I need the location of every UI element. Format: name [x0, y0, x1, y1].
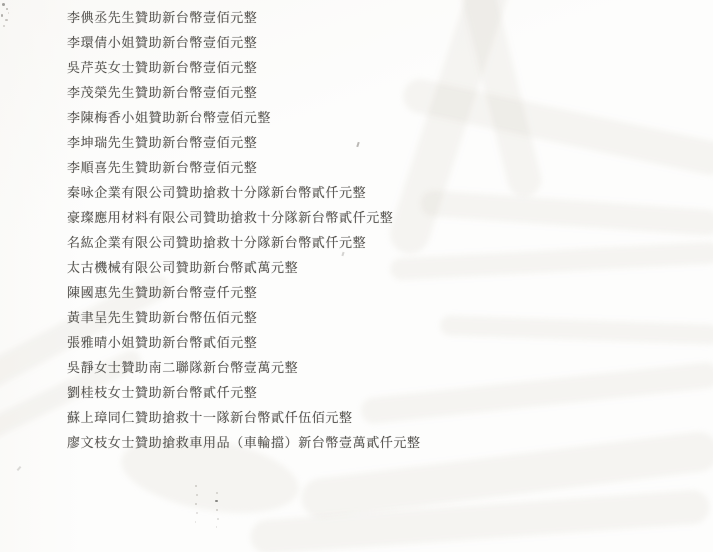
donation-line: 豪璨應用材料有限公司贊助搶救十分隊新台幣貳仟元整	[67, 206, 421, 231]
scan-noise-dot	[217, 518, 219, 520]
donation-line: 李茂榮先生贊助新台幣壹佰元整	[67, 81, 421, 106]
scan-noise-speckle	[8, 12, 9, 14]
donation-line: 李倎丞先生贊助新台幣壹佰元整	[67, 6, 421, 31]
donation-line: 陳國惠先生贊助新台幣壹仟元整	[67, 281, 421, 306]
scan-noise-speckle	[2, 3, 5, 6]
scanned-document-page: { "document": { "type": "donation-acknow…	[0, 0, 713, 552]
donation-line: 劉桂枝女士贊助新台幣貳仟元整	[67, 381, 421, 406]
scan-noise-dot	[195, 485, 197, 487]
scan-noise-dot	[216, 492, 218, 494]
donation-line: 秦咏企業有限公司贊助搶救十分隊新台幣貳仟元整	[67, 181, 421, 206]
donation-line: 李坤瑞先生贊助新台幣壹佰元整	[67, 131, 421, 156]
donation-line: 吳芹英女士贊助新台幣壹佰元整	[67, 56, 421, 81]
donation-line: 太古機械有限公司贊助新台幣貳萬元整	[67, 256, 421, 281]
donation-line: 李陳梅香小姐贊助新台幣壹佰元整	[67, 106, 421, 131]
scan-noise-dot	[195, 521, 196, 523]
donation-line: 蘇上璋同仁贊助搶救十一隊新台幣貳仟伍佰元整	[67, 406, 421, 431]
donation-line: 吳靜女士贊助南二聯隊新台幣壹萬元整	[67, 356, 421, 381]
scan-noise-dot	[216, 509, 218, 511]
scan-noise-speckle	[6, 8, 8, 10]
donation-list: 李倎丞先生贊助新台幣壹佰元整李環倩小姐贊助新台幣壹佰元整吳芹英女士贊助新台幣壹佰…	[67, 6, 421, 456]
donation-line: 廖文枝女士贊助搶救車用品（車輪擋）新台幣壹萬貳仟元整	[67, 431, 421, 456]
donation-line: 黃聿呈先生贊助新台幣伍佰元整	[67, 306, 421, 331]
donation-line: 名紘企業有限公司贊助搶救十分隊新台幣貳仟元整	[67, 231, 421, 256]
scan-noise-dot	[215, 500, 218, 502]
scan-noise-dot	[216, 526, 217, 528]
donation-line: 李環倩小姐贊助新台幣壹佰元整	[67, 31, 421, 56]
scan-noise-speckle	[1, 14, 3, 17]
donation-line: 張雅晴小姐贊助新台幣貳佰元整	[67, 331, 421, 356]
donation-line: 李順喜先生贊助新台幣壹佰元整	[67, 156, 421, 181]
scan-noise-dot	[196, 512, 198, 514]
scan-noise-dot	[195, 503, 197, 505]
scan-noise-dot	[196, 494, 198, 496]
scan-noise-speckle	[3, 25, 5, 27]
scan-noise-speckle	[5, 19, 8, 21]
